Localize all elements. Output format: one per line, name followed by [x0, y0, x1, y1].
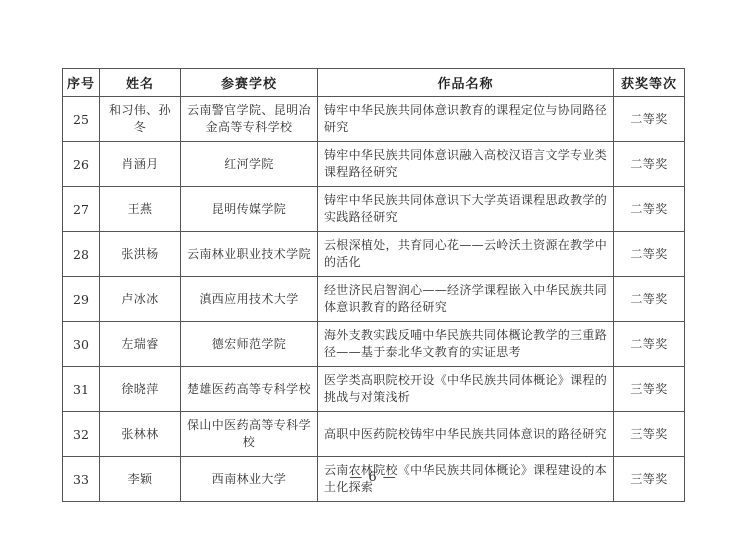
column-header-serial-number: 序号 [63, 69, 100, 97]
cell-name: 张林林 [100, 412, 181, 457]
cell-school: 滇西应用技术大学 [181, 277, 318, 322]
cell-serial-number: 26 [63, 142, 100, 187]
cell-serial-number: 30 [63, 322, 100, 367]
cell-award-level: 二等奖 [614, 232, 685, 277]
cell-name: 卢冰冰 [100, 277, 181, 322]
column-header-name: 姓名 [100, 69, 181, 97]
cell-school: 保山中医药高等专科学校 [181, 412, 318, 457]
cell-school: 云南林业职业技术学院 [181, 232, 318, 277]
cell-name: 王燕 [100, 187, 181, 232]
cell-work-title: 高职中医药院校铸牢中华民族共同体意识的路径研究 [318, 412, 614, 457]
cell-school: 昆明传媒学院 [181, 187, 318, 232]
cell-school: 德宏师范学院 [181, 322, 318, 367]
cell-work-title: 经世济民启智润心——经济学课程嵌入中华民族共同体意识教育的路径研究 [318, 277, 614, 322]
cell-work-title: 云根深植处，共育同心花——云岭沃土资源在教学中的活化 [318, 232, 614, 277]
cell-work-title: 铸牢中华民族共同体意识下大学英语课程思政教学的实践路径研究 [318, 187, 614, 232]
cell-work-title: 铸牢中华民族共同体意识教育的课程定位与协同路径研究 [318, 97, 614, 142]
column-header-award-level: 获奖等次 [614, 69, 685, 97]
cell-work-title: 铸牢中华民族共同体意识融入高校汉语言文学专业类课程路径研究 [318, 142, 614, 187]
cell-award-level: 二等奖 [614, 277, 685, 322]
table-row: 26肖涵月红河学院铸牢中华民族共同体意识融入高校汉语言文学专业类课程路径研究二等… [63, 142, 685, 187]
document-page: 序号 姓名 参赛学校 作品名称 获奖等次 25和习伟、孙冬云南警官学院、昆明冶金… [0, 0, 756, 534]
table-body: 25和习伟、孙冬云南警官学院、昆明冶金高等专科学校铸牢中华民族共同体意识教育的课… [63, 97, 685, 502]
table-row: 27王燕昆明传媒学院铸牢中华民族共同体意识下大学英语课程思政教学的实践路径研究二… [63, 187, 685, 232]
cell-serial-number: 32 [63, 412, 100, 457]
cell-name: 张洪杨 [100, 232, 181, 277]
cell-name: 和习伟、孙冬 [100, 97, 181, 142]
table-row: 30左瑞睿德宏师范学院海外支教实践反哺中华民族共同体概论教学的三重路径——基于泰… [63, 322, 685, 367]
cell-award-level: 二等奖 [614, 142, 685, 187]
cell-name: 徐晓萍 [100, 367, 181, 412]
cell-work-title: 海外支教实践反哺中华民族共同体概论教学的三重路径——基于泰北华文教育的实证思考 [318, 322, 614, 367]
cell-name: 左瑞睿 [100, 322, 181, 367]
cell-award-level: 二等奖 [614, 322, 685, 367]
cell-name: 肖涵月 [100, 142, 181, 187]
page-number: — 6 — [62, 470, 684, 486]
table-row: 32张林林保山中医药高等专科学校高职中医药院校铸牢中华民族共同体意识的路径研究三… [63, 412, 685, 457]
cell-serial-number: 29 [63, 277, 100, 322]
cell-serial-number: 27 [63, 187, 100, 232]
cell-serial-number: 31 [63, 367, 100, 412]
table-row: 28张洪杨云南林业职业技术学院云根深植处，共育同心花——云岭沃土资源在教学中的活… [63, 232, 685, 277]
award-table: 序号 姓名 参赛学校 作品名称 获奖等次 25和习伟、孙冬云南警官学院、昆明冶金… [62, 68, 685, 502]
cell-work-title: 医学类高职院校开设《中华民族共同体概论》课程的挑战与对策浅析 [318, 367, 614, 412]
cell-school: 楚雄医药高等专科学校 [181, 367, 318, 412]
cell-school: 云南警官学院、昆明冶金高等专科学校 [181, 97, 318, 142]
cell-serial-number: 25 [63, 97, 100, 142]
cell-award-level: 三等奖 [614, 367, 685, 412]
cell-school: 红河学院 [181, 142, 318, 187]
column-header-work-title: 作品名称 [318, 69, 614, 97]
cell-award-level: 三等奖 [614, 412, 685, 457]
column-header-school: 参赛学校 [181, 69, 318, 97]
table-row: 31徐晓萍楚雄医药高等专科学校医学类高职院校开设《中华民族共同体概论》课程的挑战… [63, 367, 685, 412]
table-row: 25和习伟、孙冬云南警官学院、昆明冶金高等专科学校铸牢中华民族共同体意识教育的课… [63, 97, 685, 142]
cell-serial-number: 28 [63, 232, 100, 277]
table-header-row: 序号 姓名 参赛学校 作品名称 获奖等次 [63, 69, 685, 97]
table-row: 29卢冰冰滇西应用技术大学经世济民启智润心——经济学课程嵌入中华民族共同体意识教… [63, 277, 685, 322]
cell-award-level: 二等奖 [614, 187, 685, 232]
cell-award-level: 二等奖 [614, 97, 685, 142]
